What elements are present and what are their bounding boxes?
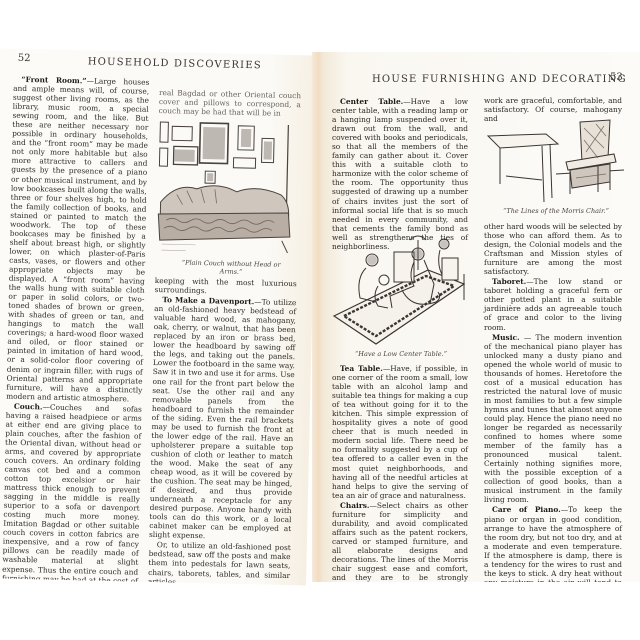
paragraph-text: —Have a low center table, with a reading… bbox=[332, 97, 468, 251]
paragraph-text: —Large houses and ample means will, of c… bbox=[6, 76, 149, 403]
paragraph-text: —Have, if possible, in one corner of the… bbox=[332, 364, 468, 500]
lead-text: real Bagdad or other Oriental couch cove… bbox=[159, 88, 302, 118]
right-page: HOUSE FURNISHING AND DECORATING 53 Cente… bbox=[322, 52, 640, 582]
paragraph-text: —The low stand or taboret holding a grac… bbox=[484, 277, 622, 331]
section-heading: Center Table. bbox=[340, 97, 403, 106]
morris-chair-drawing-icon bbox=[486, 118, 626, 206]
paragraph-chairs: Chairs.—Select chairs as other furniture… bbox=[332, 501, 468, 582]
section-heading: Tea Table. bbox=[340, 364, 383, 373]
page-number: 52 bbox=[18, 53, 31, 64]
page-number: 53 bbox=[610, 72, 623, 83]
plain-couch-illustration bbox=[155, 118, 300, 261]
family-reading-drawing-icon bbox=[332, 230, 468, 348]
section-heading: Chairs. bbox=[340, 501, 369, 510]
paragraph-text: — The modern invention of the mechanical… bbox=[484, 333, 622, 505]
paragraph-post-bedstead: Or, to utilize an old-fashioned post bed… bbox=[148, 540, 291, 585]
paragraph-front-room: “Front Room.”—Large houses and ample mea… bbox=[6, 75, 149, 404]
paragraph-text: —Select chairs as other furniture for si… bbox=[332, 501, 468, 582]
paragraph-care-of-piano: Care of Piano.—To keep the piano or orga… bbox=[484, 505, 622, 582]
paragraph-text: other hard woods will be selected by tho… bbox=[484, 222, 622, 276]
paragraph-taboret: Taboret.—The low stand or taboret holdin… bbox=[484, 277, 622, 331]
right-page-column-1-continued: Tea Table.—Have, if possible, in one cor… bbox=[332, 364, 468, 582]
section-heading: Music. bbox=[492, 333, 520, 342]
paragraph-text: Or, to utilize an old-fashioned post bed… bbox=[148, 540, 291, 585]
right-page-column-1: Center Table.—Have a low center table, w… bbox=[332, 97, 468, 251]
center-table-caption: “Have a Low Center Table.” bbox=[336, 350, 466, 358]
paragraph-tea-table: Tea Table.—Have, if possible, in one cor… bbox=[332, 364, 468, 500]
paragraph-text: —To keep the piano or organ in good cond… bbox=[484, 505, 622, 582]
morris-chair-illustration bbox=[486, 118, 626, 206]
paragraph-continued: other hard woods will be selected by tho… bbox=[484, 222, 622, 276]
paragraph-davenport: To Make a Davenport.—To utilize an old-f… bbox=[149, 295, 297, 542]
running-head: HOUSEHOLD DISCOVERIES bbox=[88, 56, 262, 71]
left-page: 52 HOUSEHOLD DISCOVERIES “Front Room.”—L… bbox=[0, 48, 318, 585]
paragraph-text: —Couches and sofas having a raised headp… bbox=[2, 402, 142, 585]
left-page-column-2: keeping with the most luxurious surround… bbox=[148, 276, 297, 586]
section-heading: Taboret. bbox=[492, 277, 526, 286]
paragraph-couch: Couch.—Couches and sofas having a raised… bbox=[2, 401, 142, 585]
couch-drawing-icon bbox=[155, 118, 300, 261]
open-book-spread: 52 HOUSEHOLD DISCOVERIES “Front Room.”—L… bbox=[0, 52, 640, 582]
paragraph-text: keeping with the most luxurious surround… bbox=[155, 276, 297, 295]
paragraph-music: Music. — The modern invention of the mec… bbox=[484, 333, 622, 505]
left-page-column-1: “Front Room.”—Large houses and ample mea… bbox=[1, 75, 150, 586]
section-heading: Care of Piano. bbox=[492, 505, 561, 514]
left-page-column-2-lead: real Bagdad or other Oriental couch cove… bbox=[159, 88, 302, 118]
paragraph-center-table: Center Table.—Have a low center table, w… bbox=[332, 97, 468, 251]
paragraph-text: —To utilize an old-fashioned heavy bedst… bbox=[149, 297, 297, 540]
running-head: HOUSE FURNISHING AND DECORATING bbox=[372, 74, 627, 85]
right-page-column-2: other hard woods will be selected by tho… bbox=[484, 222, 622, 582]
plain-couch-caption: “Plain Couch without Head or Arms.” bbox=[171, 258, 291, 277]
paragraph-continued: keeping with the most luxurious surround… bbox=[155, 276, 297, 297]
morris-chair-caption: “The Lines of the Morris Chair.” bbox=[490, 207, 622, 215]
center-table-family-illustration bbox=[332, 230, 468, 348]
